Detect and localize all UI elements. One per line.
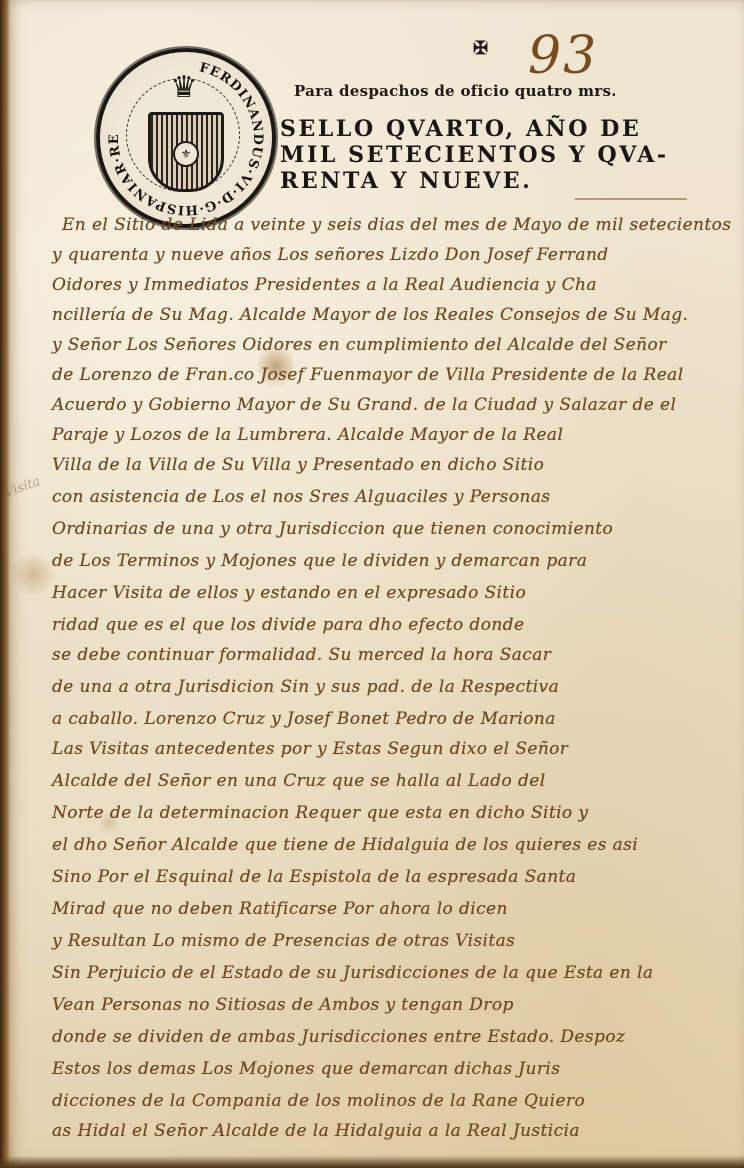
manuscript-line: ncillería de Su Mag. Alcalde Mayor de lo… xyxy=(52,305,688,325)
manuscript-line: y Señor Los Señores Oidores en cumplimie… xyxy=(52,335,667,355)
manuscript-line: a caballo. Lorenzo Cruz y Josef Bonet Pe… xyxy=(52,709,556,729)
manuscript-page: FERDINANDUS·VI·D·G·HISPANIAR·REX· ♛ ⚜ ✠ … xyxy=(0,0,744,1168)
manuscript-line: de Lorenzo de Fran.co Josef Fuenmayor de… xyxy=(52,365,684,385)
crown-icon: ♛ xyxy=(152,70,216,106)
manuscript-line: Hacer Visita de ellos y estando en el ex… xyxy=(52,583,526,603)
manuscript-line: con asistencia de Los el nos Sres Alguac… xyxy=(52,487,551,507)
sello-quarto-heading: SELLO QVARTO, AÑO DE MIL SETECIENTOS Y Q… xyxy=(280,116,720,194)
manuscript-line: de una a otra Jurisdicion Sin y sus pad.… xyxy=(52,677,559,697)
manuscript-line: donde se dividen de ambas Jurisdicciones… xyxy=(52,1027,625,1047)
manuscript-line: y Resultan Lo mismo de Presencias de otr… xyxy=(52,931,515,951)
ink-stain xyxy=(8,555,58,595)
manuscript-line: Ordinarias de una y otra Jurisdiccion qu… xyxy=(52,519,613,539)
fleur-de-lis-icon: ⚜ xyxy=(173,141,199,167)
manuscript-line: de Los Terminos y Mojones que le dividen… xyxy=(52,551,587,571)
manuscript-line: Paraje y Lozos de la Lumbrera. Alcalde M… xyxy=(52,425,563,445)
manuscript-line: Sino Por el Esquinal de la Espistola de … xyxy=(52,867,576,887)
manuscript-line: as Hidal el Señor Alcalde de la Hidalgui… xyxy=(52,1121,580,1141)
manuscript-line: Estos los demas Los Mojones que demarcan… xyxy=(52,1059,560,1079)
manuscript-line: Vean Personas no Sitiosas de Ambos y ten… xyxy=(52,995,514,1015)
manuscript-line: Alcalde del Señor en una Cruz que se hal… xyxy=(52,771,546,791)
manuscript-line: el dho Señor Alcalde que tiene de Hidalg… xyxy=(52,835,638,855)
manuscript-line: y quarenta y nueve años Los señores Lizd… xyxy=(52,245,609,265)
manuscript-line: Oidores y Immediatos Presidentes a la Re… xyxy=(52,275,597,295)
manuscript-line: se debe continuar formalidad. Su merced … xyxy=(52,645,551,665)
manuscript-line: Las Visitas antecedentes por y Estas Seg… xyxy=(52,739,568,759)
sello-line: SELLO QVARTO, AÑO DE xyxy=(280,116,720,142)
flourish-line xyxy=(575,198,687,200)
page-bottom-edge-shadow xyxy=(0,1156,744,1168)
manuscript-line: Villa de la Villa de Su Villa y Presenta… xyxy=(52,455,544,475)
manuscript-line: dicciones de la Compania de los molinos … xyxy=(52,1091,585,1111)
manuscript-line: ridad que es el que los divide para dho … xyxy=(52,615,524,635)
folio-number: 93 xyxy=(528,26,598,86)
sello-line: MIL SETECIENTOS Y QVA- xyxy=(280,142,720,168)
manuscript-line: Norte de la determinacion Requer que est… xyxy=(52,803,588,823)
coat-of-arms-shield-icon: ⚜ xyxy=(148,112,224,192)
cross-icon: ✠ xyxy=(473,38,488,59)
manuscript-line: Sin Perjuicio de el Estado de su Jurisdi… xyxy=(52,963,653,983)
manuscript-line: Acuerdo y Gobierno Mayor de Su Grand. de… xyxy=(52,395,676,415)
sello-line: RENTA Y NUEVE. xyxy=(280,168,720,194)
stamp-tax-line: Para despachos de oficio quatro mrs. xyxy=(294,82,617,100)
manuscript-line: En el Sitio de Lida a veinte y seis dias… xyxy=(62,215,731,235)
page-left-edge-shadow xyxy=(0,0,10,1168)
royal-seal-stamp: FERDINANDUS·VI·D·G·HISPANIAR·REX· ♛ ⚜ xyxy=(96,48,276,228)
manuscript-line: Mirad que no deben Ratificarse Por ahora… xyxy=(52,899,508,919)
